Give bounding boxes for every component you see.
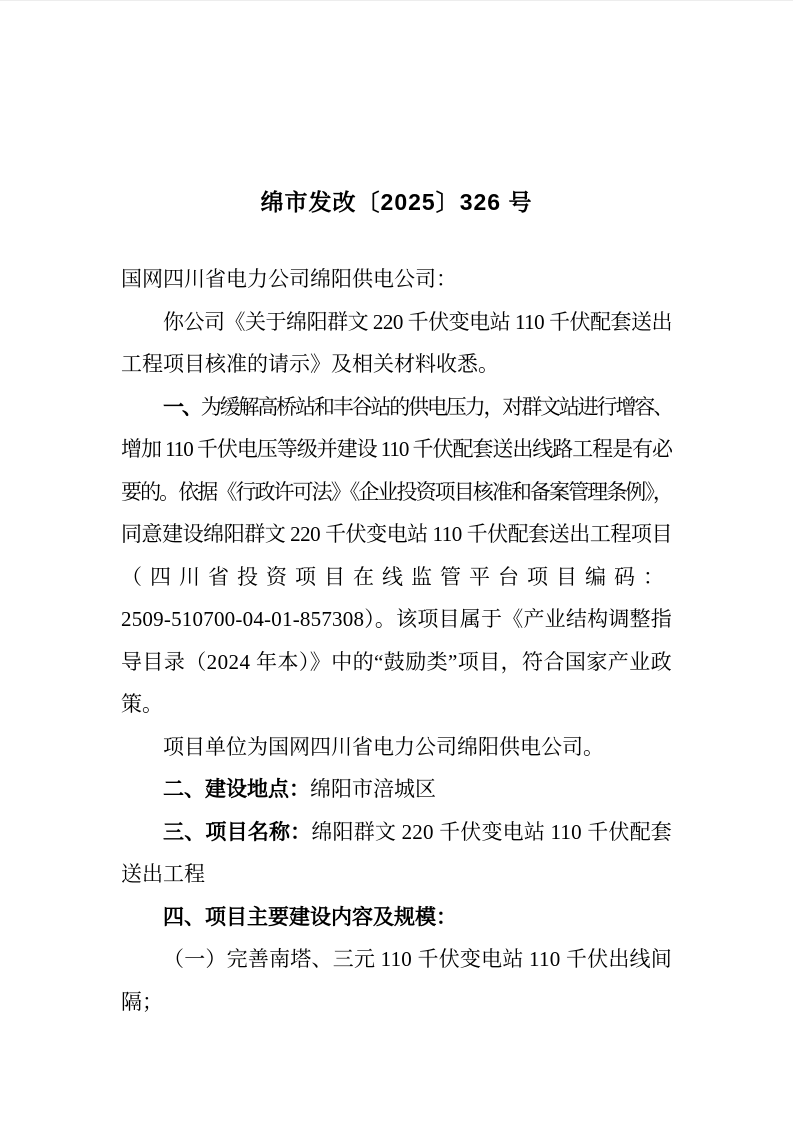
body-line-heading-3: 三、项目名称：绵阳群文 220 千伏变电站 110 千伏配套	[121, 811, 672, 854]
body-line-heading-4: 四、项目主要建设内容及规模：	[121, 896, 672, 939]
heading-3-label: 三、项目名称：	[163, 821, 311, 844]
document-body: 国网四川省电力公司绵阳供电公司： 你公司《关于绵阳群文 220 千伏变电站 11…	[121, 258, 672, 1023]
body-line: 隔；	[121, 981, 672, 1024]
body-line: 增加 110 千伏电压等级并建设 110 千伏配套送出线路工程是有必	[121, 428, 672, 471]
body-line: （一）完善南塔、三元 110 千伏变电站 110 千伏出线间	[121, 938, 672, 981]
body-line-heading-2: 二、建设地点：绵阳市涪城区	[121, 768, 672, 811]
body-line-project-code-number: 2509-510700-04-01-857308）。该项目属于《产业结构调整指	[121, 598, 672, 641]
body-line: 策。	[121, 683, 672, 726]
page-top-edge	[0, 0, 793, 1]
body-line: 送出工程	[121, 853, 672, 896]
doc-number: 绵市发改〔2025〕326 号	[0, 184, 793, 217]
body-line-project-code: （四川省投资项目在线监管平台项目编码：	[121, 556, 672, 599]
heading-2-label: 二、建设地点：	[163, 778, 310, 801]
heading-1-label: 一、	[163, 396, 201, 419]
heading-4-label: 四、项目主要建设内容及规模：	[163, 906, 457, 929]
body-line: 要的。依据《行政许可法》《企业投资项目核准和备案管理条例》，	[121, 471, 672, 514]
body-line: 工程项目核准的请示》及相关材料收悉。	[121, 343, 672, 386]
body-line: 导目录（2024 年本）》中的“鼓励类”项目，符合国家产业政	[121, 641, 672, 684]
body-line: 你公司《关于绵阳群文 220 千伏变电站 110 千伏配套送出	[121, 301, 672, 344]
body-line: 同意建设绵阳群文 220 千伏变电站 110 千伏配套送出工程项目	[121, 513, 672, 556]
body-line-heading-1: 一、为缓解高桥站和丰谷站的供电压力，对群文站进行增容、	[121, 386, 672, 429]
addressee-line: 国网四川省电力公司绵阳供电公司：	[121, 258, 672, 301]
body-line-project-unit: 项目单位为国网四川省电力公司绵阳供电公司。	[121, 726, 672, 769]
